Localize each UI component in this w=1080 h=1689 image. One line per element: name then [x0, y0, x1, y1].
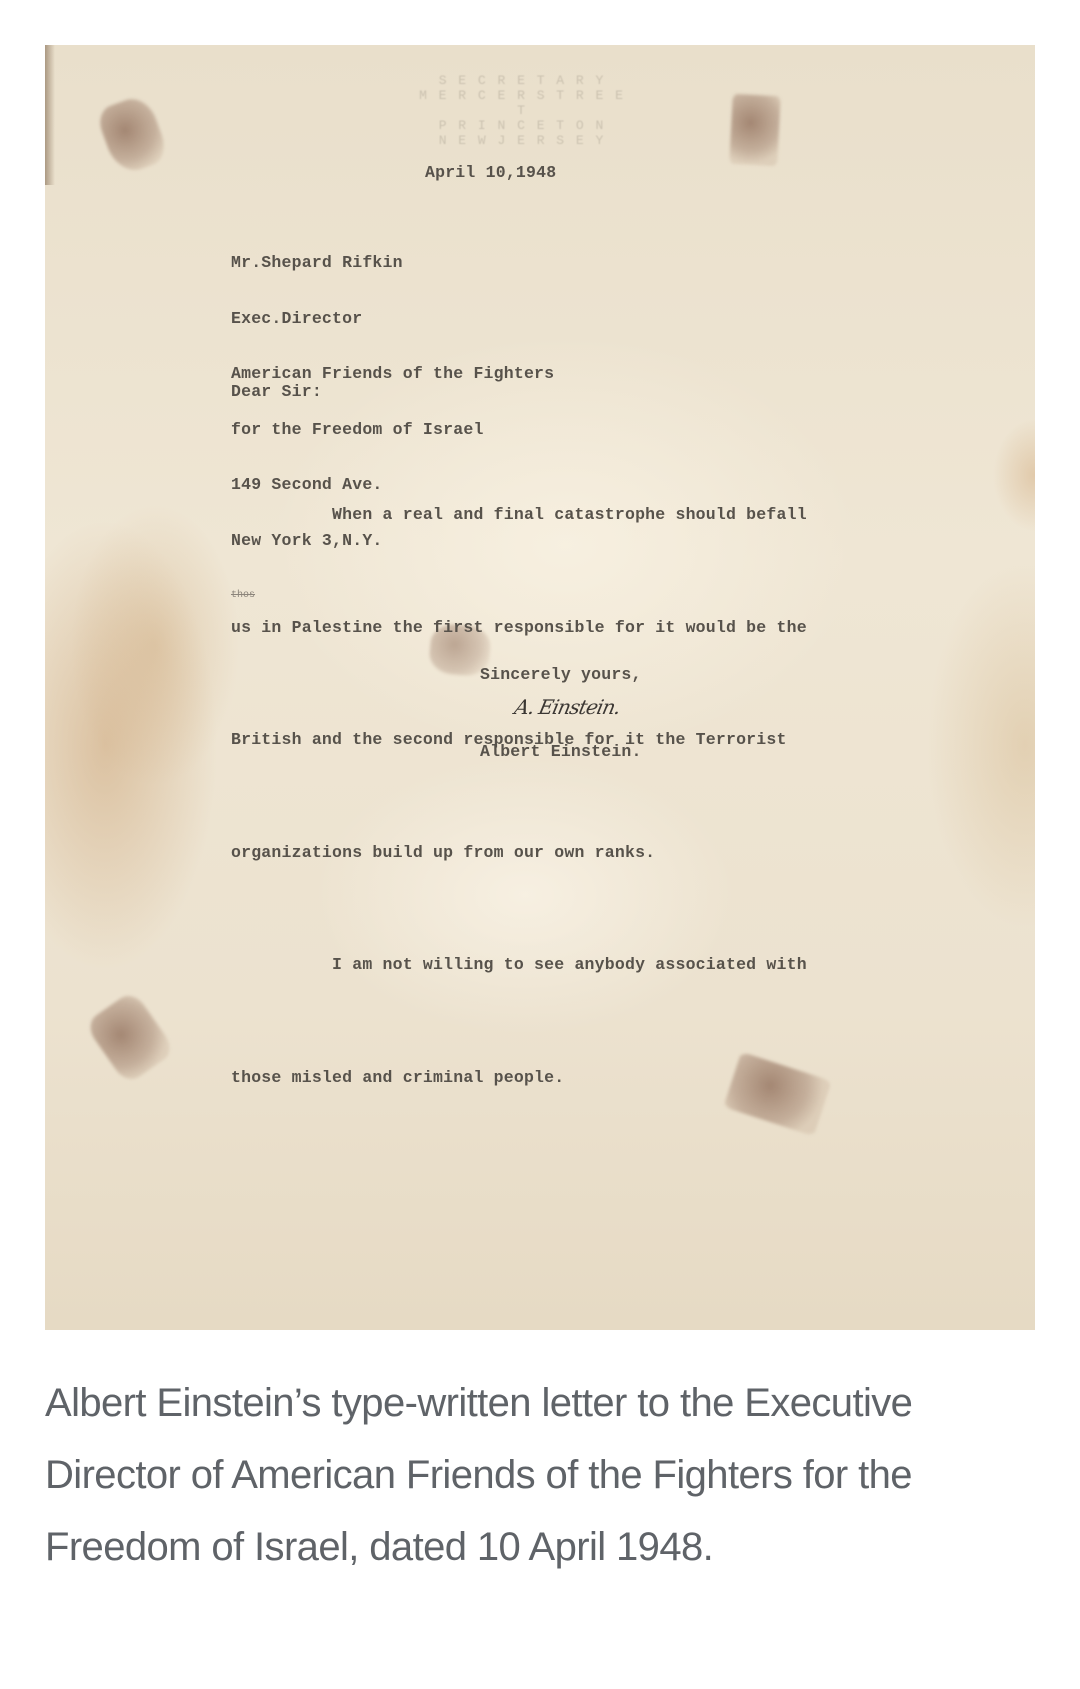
address-line: Mr.Shepard Rifkin	[231, 254, 554, 273]
address-line: Exec.Director	[231, 310, 554, 329]
body-line: those misled and criminal people.	[231, 1059, 807, 1097]
closing: Sincerely yours,	[480, 665, 642, 684]
body-line: I am not willing to see anybody associat…	[231, 946, 807, 984]
tape-stain-bottom-left	[84, 990, 176, 1086]
letter-date: April 10,1948	[425, 163, 556, 182]
salutation: Dear Sir:	[231, 382, 322, 401]
letter-body: When a real and final catastrophe should…	[231, 421, 807, 1171]
letterhead-line: S E C R E T A R Y	[417, 73, 627, 88]
tape-stain-top-left	[95, 93, 171, 178]
letterhead-line: P R I N C E T O N	[417, 118, 627, 133]
faded-letterhead: S E C R E T A R Y M E R C E R S T R E E …	[417, 73, 627, 148]
address-line: American Friends of the Fighters	[231, 365, 554, 384]
paper-edge-shadow	[45, 45, 55, 185]
struck-out-word: thos	[231, 590, 255, 601]
letterhead-line: M E R C E R S T R E E T	[417, 88, 627, 118]
body-line: When a real and final catastrophe should…	[231, 496, 807, 534]
image-caption: Albert Einstein’s type-written letter to…	[45, 1367, 1005, 1583]
handwritten-signature: A. Einstein.	[512, 695, 622, 719]
body-line: organizations build up from our own rank…	[231, 834, 807, 872]
typed-name: Albert Einstein.	[480, 742, 642, 761]
body-line: us in Palestine the first responsible fo…	[231, 609, 807, 647]
tape-stain-top-right	[729, 94, 781, 166]
letterhead-line: N E W J E R S E Y	[417, 133, 627, 148]
letter-photo: S E C R E T A R Y M E R C E R S T R E E …	[45, 45, 1035, 1330]
